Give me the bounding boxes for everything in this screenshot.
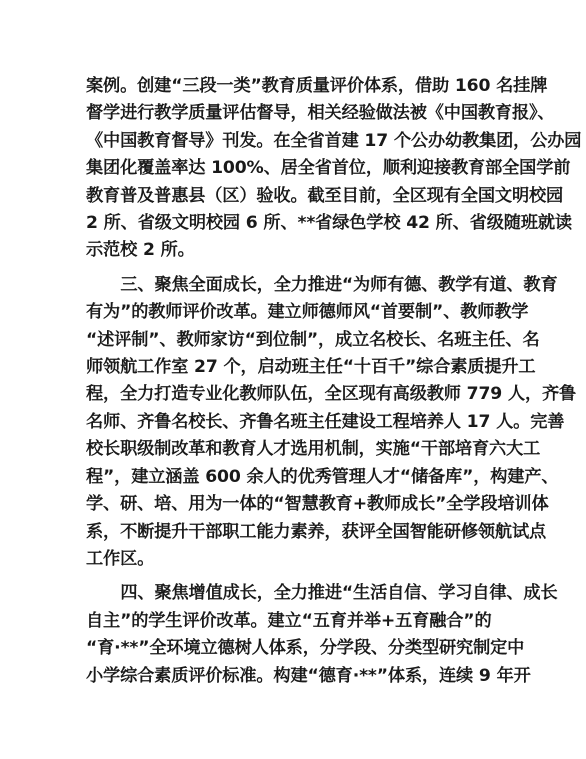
text-line: 四、聚焦增值成长，全力推进“生活自信、学习自律、成长 (86, 580, 500, 607)
paragraph-2-teacher-evaluation: 三、聚焦全面成长，全力推进“为师有德、教学有道、教育 有为”的教师评价改革。建立… (86, 272, 500, 573)
text-line: 2 所、省级文明校园 6 所、**省绿色学校 42 所、省级随班就读 (86, 210, 500, 237)
text-line: 程，全力打造专业化教师队伍，全区现有高级教师 779 人，齐鲁 (86, 381, 500, 408)
text-line: 工作区。 (86, 546, 500, 573)
text-line: 程”，建立涵盖 600 余人的优秀管理人才“储备库”，构建产、 (86, 464, 500, 491)
text-line: 示范校 2 所。 (86, 237, 500, 264)
text-line: “述评制”、教师家访“到位制”，成立名校长、名班主任、名 (86, 327, 500, 354)
text-line: 自主”的学生评价改革。建立“五育并举+五育融合”的 (86, 608, 500, 635)
text-line: “育·**”全环境立德树人体系，分学段、分类型研究制定中 (86, 635, 500, 662)
text-line: 案例。创建“三段一类”教育质量评价体系，借助 160 名挂牌 (86, 73, 500, 100)
text-line: 三、聚焦全面成长，全力推进“为师有德、教学有道、教育 (86, 272, 500, 299)
paragraph-1: 案例。创建“三段一类”教育质量评价体系，借助 160 名挂牌 督学进行教学质量评… (86, 73, 500, 265)
text-line: 教育普及普惠县（区）验收。截至目前，全区现有全国文明校园 (86, 183, 500, 210)
text-line: 校长职级制改革和教育人才选用机制，实施“干部培育六大工 (86, 436, 500, 463)
text-line: 督学进行教学质量评估督导，相关经验做法被《中国教育报》、 (86, 100, 500, 127)
text-line: 《中国教育督导》刊发。在全省首建 17 个公办幼教集团，公办园 (86, 128, 500, 155)
text-line: 名师、齐鲁名校长、齐鲁名班主任建设工程培养人 17 人。完善 (86, 409, 500, 436)
text-line: 集团化覆盖率达 100%、居全省首位，顺利迎接教育部全国学前 (86, 155, 500, 182)
paragraph-3-student-evaluation: 四、聚焦增值成长，全力推进“生活自信、学习自律、成长 自主”的学生评价改革。建立… (86, 580, 500, 690)
text-line: 有为”的教师评价改革。建立师德师风“首要制”、教师教学 (86, 299, 500, 326)
text-line: 师领航工作室 27 个，启动班主任“十百千”综合素质提升工 (86, 354, 500, 381)
text-line: 小学综合素质评价标准。构建“德育·**”体系，连续 9 年开 (86, 663, 500, 690)
document-page: 案例。创建“三段一类”教育质量评价体系，借助 160 名挂牌 督学进行教学质量评… (86, 73, 500, 697)
text-line: 系，不断提升干部职工能力素养，获评全国智能研修领航试点 (86, 519, 500, 546)
text-line: 学、研、培、用为一体的“智慧教育+教师成长”全学段培训体 (86, 491, 500, 518)
